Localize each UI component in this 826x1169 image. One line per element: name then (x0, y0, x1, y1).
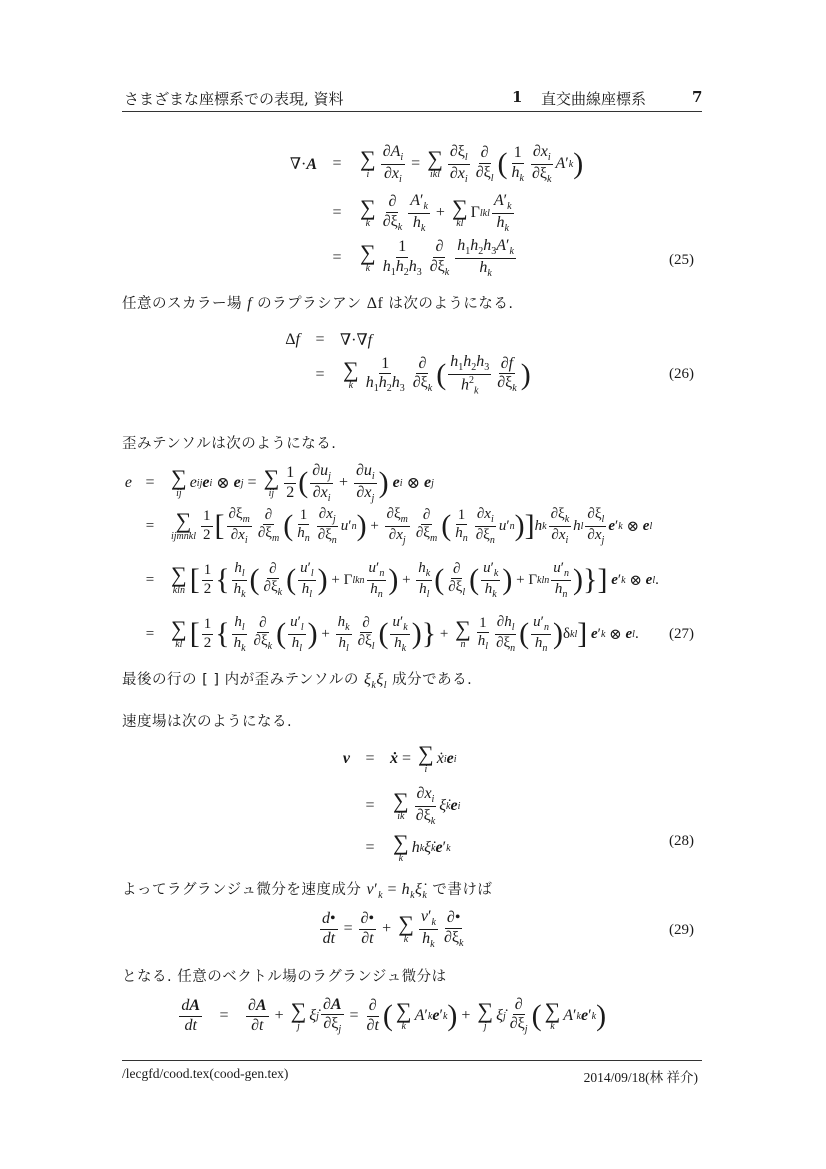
equation-26-line-1: Δf= ∇·∇f (260, 330, 372, 350)
equation-27-line-4: = ∑kl [ 12 { hlhk ∂∂ξk (u′lhl) + hkhl ∂∂… (122, 614, 639, 654)
equation-28-line-1: v= ẋ = ∑i ẋiei (330, 743, 457, 775)
running-header-title: さまざまな座標系での表現, 資料 (124, 88, 344, 109)
equation-number-26: (26) (669, 366, 694, 383)
paragraph-velocity-intro: 速度場は次のようになる. (122, 710, 292, 731)
equation-28-line-2: = ∑ik ∂xi∂ξk ξ̇kei (330, 785, 460, 827)
footer-source-path: /lecgfd/cood.tex(cood-gen.tex) (122, 1066, 288, 1082)
paragraph-lagrangian-derivative-intro: よってラグランジュ微分を速度成分 v′k = hkξ̇k で書けば (122, 878, 492, 901)
equation-number-27: (27) (669, 626, 694, 643)
equation-number-28: (28) (669, 833, 694, 850)
header-rule (122, 111, 702, 112)
paragraph-strain-component-note: 最後の行の [ ] 内が歪みテンソルの ξkξl 成分である. (122, 668, 472, 691)
equation-27-line-2: = ∑ijmnkl 12 [ ∂ξm∂xi ∂∂ξm ( 1hn ∂xj∂ξn … (122, 506, 652, 546)
paragraph-laplacian-intro: 任意のスカラー場 f のラプラシアン Δf は次のようになる. (122, 292, 514, 313)
footer-rule (122, 1060, 702, 1061)
equation-number-29: (29) (669, 922, 694, 939)
equation-number-25: (25) (669, 252, 694, 269)
equation-29: d•dt = ∂•∂t + ∑k v′khk ∂•∂ξk (318, 908, 467, 950)
equation-vector-lagrangian-derivative: dAdt = ∂A∂t + ∑j ξ̇j ∂A∂ξj = ∂∂t ( ∑k A′… (170, 996, 606, 1036)
paragraph-vector-lagrangian-intro: となる. 任意のベクトル場のラグランジュ微分は (122, 965, 447, 986)
running-header-section-number: 1 (512, 88, 522, 106)
equation-25-line-1: ∇·A= ∑i ∂Ai∂xi = ∑ikl ∂ξl∂xi ∂∂ξl ( 1hk … (255, 143, 583, 185)
equation-28-line-3: = ∑k hkξ̇ke′k (330, 832, 451, 864)
paragraph-strain-tensor-intro: 歪みテンソルは次のようになる. (122, 432, 336, 453)
footer-date-author: 2014/09/18(林 祥介) (584, 1066, 698, 1086)
equation-25-line-3: = ∑k 1h1h2h3 ∂∂ξk h1h2h3A′khk (255, 237, 518, 279)
equation-26-line-2: = ∑k 1h1h2h3 ∂∂ξk ( h1h2h3h2k ∂f∂ξk ) (260, 353, 531, 397)
page-number: 7 (692, 88, 702, 106)
equation-25-line-2: = ∑k ∂∂ξk A′khk + ∑kl Γlkl A′khk (255, 192, 516, 234)
equation-27-line-1: e= ∑ij eijei ⊗ ej = ∑ij 12 ( ∂uj∂xi + ∂u… (122, 462, 434, 504)
running-header-section-title: 直交曲線座標系 (541, 88, 646, 109)
equation-27-line-3: = ∑kln [ 12 { hlhk ( ∂∂ξk (u′lhl) + Γlkn… (122, 560, 659, 600)
